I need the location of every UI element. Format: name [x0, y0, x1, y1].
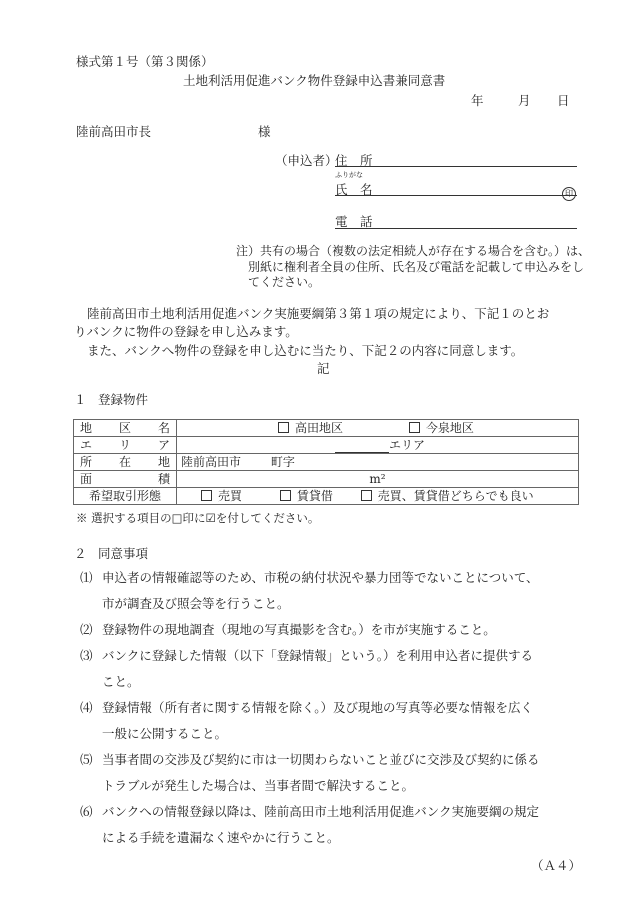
furigana-label: ふりがな	[335, 170, 363, 180]
consent-item-1: ⑴ 申込者の情報確認等のため、市税の納付状況や暴力団等でないことについて、 市が…	[80, 565, 585, 617]
district-options: 高田地区 今泉地区	[177, 420, 579, 437]
area-value: エリア	[177, 437, 579, 454]
registration-table: 地 区 名 高田地区 今泉地区 エ リ ア エリア 所 在 地	[73, 419, 579, 505]
section1-footnote: ※ 選択する項目の□印に☑を付してください。	[76, 510, 319, 526]
checkbox-icon	[361, 490, 372, 501]
consent-item-5: ⑸ 当事者間の交渉及び契約に市は一切関わらないこと並びに交渉及び契約に係る トラ…	[80, 747, 585, 799]
paper-size-label: （Ａ４）	[531, 856, 581, 874]
transaction-label: 希望取引形態	[74, 488, 177, 505]
addressee-honorific: 様	[258, 122, 271, 140]
consent-item-3: ⑶ バンクに登録した情報（以下「登録情報」という。）を利用申込者に提供する こと…	[80, 643, 585, 695]
checkbox-icon	[201, 490, 212, 501]
transaction-option-lease[interactable]: 賃貸借	[280, 489, 333, 503]
district-option-takata[interactable]: 高田地区	[278, 421, 343, 435]
area-label: エ リ ア	[74, 437, 177, 454]
addressee-name: 陸前高田市長	[76, 122, 151, 140]
note-line: 別紙に権利者全員の住所、氏名及び電話を記載して申込みをし	[236, 260, 590, 276]
checkbox-icon	[280, 490, 291, 501]
intro-para1-line2: りバンクに物件の登録を申し込みます。	[74, 322, 298, 340]
form-number: 様式第１号（第３関係）	[76, 52, 214, 70]
checkbox-icon	[278, 422, 289, 433]
ki-heading: 記	[317, 359, 330, 377]
note-line: 注）共有の場合（複数の法定相続人が存在する場合を含む。）は、	[236, 244, 590, 260]
table-row-size: 面 積 m²	[74, 471, 579, 488]
consent-item-6: ⑹ バンクへの情報登録以降は、陸前高田市土地利活用促進バンク実施要綱の規定 によ…	[80, 799, 585, 851]
phone-field[interactable]	[335, 228, 577, 229]
transaction-options: 売買 賃貸借 売買、賃貸借どちらでも良い	[177, 488, 579, 505]
district-option-imaizumi[interactable]: 今泉地区	[409, 421, 474, 435]
date-year-label: 年	[471, 91, 484, 109]
section2-title: 同意事項	[98, 544, 148, 562]
applicant-label: （申込者）	[275, 151, 338, 169]
intro-para2: また、バンクへ物件の登録を申し込むに当たり、下記２の内容に同意します。	[87, 341, 523, 359]
section1-number: １	[74, 390, 87, 408]
date-day-label: 日	[557, 91, 570, 109]
document-title: 土地利活用促進バンク物件登録申込書兼同意書	[183, 71, 445, 89]
table-row-area: エ リ ア エリア	[74, 437, 579, 454]
table-row-transaction: 希望取引形態 売買 賃貸借 売買、賃貸借どちらでも良い	[74, 488, 579, 505]
area-input[interactable]	[335, 440, 389, 453]
location-label: 所 在 地	[74, 454, 177, 471]
transaction-option-sale[interactable]: 売買	[201, 489, 242, 503]
section1-title: 登録物件	[98, 390, 148, 408]
size-value[interactable]: m²	[177, 471, 579, 488]
table-row-district: 地 区 名 高田地区 今泉地区	[74, 420, 579, 437]
seal-icon: 印	[562, 181, 576, 201]
section2-number: ２	[74, 544, 87, 562]
intro-para1-line1: 陸前高田市土地利活用促進バンク実施要綱第３第１項の規定により、下記１のとお	[87, 304, 549, 322]
consent-item-2: ⑵ 登録物件の現地調査（現地の写真撮影を含む。）を市が実施すること。	[80, 617, 585, 643]
address-field[interactable]	[335, 166, 577, 167]
name-field[interactable]	[335, 195, 577, 196]
checkbox-icon	[409, 422, 420, 433]
consent-item-4: ⑷ 登録情報（所有者に関する情報を除く。）及び現地の写真等必要な情報を広く 一般…	[80, 695, 585, 747]
transaction-option-either[interactable]: 売買、賃貸借どちらでも良い	[361, 489, 534, 503]
note: 注）共有の場合（複数の法定相続人が存在する場合を含む。）は、 別紙に権利者全員の…	[236, 244, 590, 291]
table-row-location: 所 在 地 陸前高田市 町字	[74, 454, 579, 471]
date-month-label: 月	[518, 91, 531, 109]
location-value[interactable]: 陸前高田市 町字	[177, 454, 579, 471]
size-label: 面 積	[74, 471, 177, 488]
note-line: てください。	[236, 275, 590, 291]
district-label: 地 区 名	[74, 420, 177, 437]
